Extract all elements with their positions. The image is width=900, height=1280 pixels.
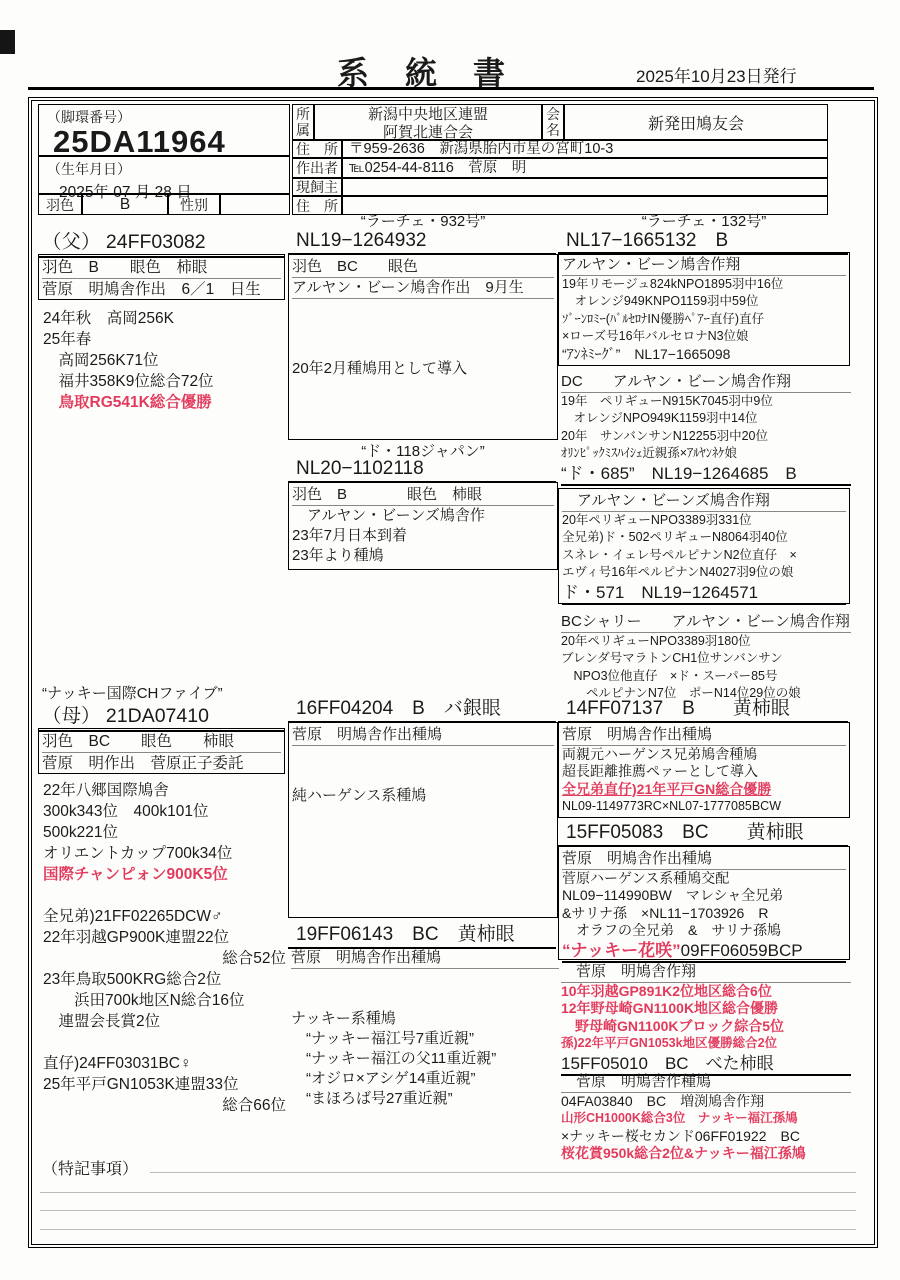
mother-dam-section: 菅原 明鳩舎作出種鳩 ナッキー系種鳩 “ナッキー福江号7重近親” “ナッキー福江… xyxy=(290,948,559,1109)
birth-date-label: （生年月日） xyxy=(39,157,289,179)
text-line: エヴィ号16年ペルピナンN4027羽9位の娘 xyxy=(562,564,846,582)
text-line: オレンジNPO949K1159羽中14位 xyxy=(561,410,851,428)
mother-sire-ring: 16FF04204 B バ銀眼 xyxy=(288,698,556,723)
text-line xyxy=(292,766,554,786)
text-line: 22年八郷国際鳩舎 xyxy=(43,780,286,801)
text-line: 20年2月種鳩用として導入 xyxy=(292,359,554,379)
text-line: 24年秋 高岡256K xyxy=(43,308,286,329)
notes-rule xyxy=(40,1229,856,1230)
breeder-label: 作出者 xyxy=(292,158,342,178)
text-line: 25年平戸GN1053K連盟33位 xyxy=(43,1074,286,1095)
text-line xyxy=(43,885,286,906)
text-line: オレンジ949KNPO1159羽中59位 xyxy=(562,293,846,311)
text-line: 23年7月日本到着 xyxy=(292,526,554,546)
father-sire-title: “ラーチェ・932号” xyxy=(288,210,558,231)
mother-sire-box: 菅原 明鳩舎作出種鳩 純ハーゲンス系種鳩 xyxy=(288,722,558,918)
text-line: 500k221位 xyxy=(43,822,286,843)
notes-rule xyxy=(40,1192,856,1193)
owner-value xyxy=(342,178,828,196)
text-line: DC アルヤン・ビーン鳩舎作翔 xyxy=(561,372,851,393)
text-line: 福井358K9位総合72位 xyxy=(43,371,286,392)
text-line: 22年羽越GP900K連盟22位 xyxy=(43,927,286,948)
text-line: 総合52位 xyxy=(43,948,286,969)
text-line: 羽色 BC 眼色 xyxy=(292,257,554,278)
text-line: 菅原 明鳩舎作翔 xyxy=(561,962,851,983)
text-line: 全兄弟)ド・502ペリギューN8064羽40位 xyxy=(562,529,846,547)
text-line: 19年 ペリギューN915K7045羽中9位 xyxy=(561,393,851,411)
text-line: 野母崎GN1100Kブロック綜合5位 xyxy=(561,1018,851,1036)
text-line: 高岡256K71位 xyxy=(43,350,286,371)
gp2-section: DC アルヤン・ビーン鳩舎作翔19年 ペリギューN915K7045羽中9位 オレ… xyxy=(560,372,851,486)
text-line: 孫)22年平戸GN1053k地区優勝総合2位 xyxy=(561,1035,851,1053)
text-line: 連盟会長賞2位 xyxy=(43,1011,286,1032)
text-line: 10年羽越GP891K2位地区総合6位 xyxy=(561,983,851,1001)
text-line: アルヤン・ビーンズ鳩舎作翔 xyxy=(562,491,846,512)
text-line: 羽色 B 眼色 柿眼 xyxy=(292,485,554,506)
text-line: 菅原ハーゲンス系種鳩交配 xyxy=(562,870,846,888)
text-line: アルヤン・ビーン鳩舎作翔 xyxy=(562,255,846,276)
text-line: 羽色 B 眼色 柿眼 xyxy=(42,257,281,279)
text-line: 25年春 xyxy=(43,329,286,350)
text-line: ×ナッキー桜セカンド06FF01922 BC xyxy=(561,1128,851,1146)
birth-date-cell: （生年月日） 2025年 07 月 28 日 xyxy=(38,156,290,194)
owner-label: 現飼主 xyxy=(292,178,342,196)
gp5-box: 菅原 明鳩舎作出種鳩両親元ハーゲンス兄弟鳩舎種鳩超長距離推薦ペァーとして導入全兄… xyxy=(558,722,850,818)
text-line: “オジロ×アシゲ14重近親” xyxy=(291,1069,559,1089)
address-value: 〒959-2636 新潟県胎内市星の宮町10-3 xyxy=(342,140,828,158)
father-info-box: 羽色 B 眼色 柿眼菅原 明鳩舎作出 6／1 日生 xyxy=(38,254,285,300)
gp5-ring: 14FF07137 B 黄柿眼 xyxy=(558,698,848,723)
text-line: ブレンダ号マラトンCH1位サンバンサン xyxy=(561,650,851,668)
gp8-section: 菅原 明鳩舎作種鳩04FA03840 BC 増渕鳩舎作翔山形CH1000K総合3… xyxy=(560,1072,851,1163)
breeder-text: ℡0254-44-8116 菅原 明 xyxy=(343,159,827,178)
text-line: 19年リモージュ824kNPO1895羽中16位 xyxy=(562,276,846,294)
text-line: 国際チャンピォン900K5位 xyxy=(43,864,286,885)
text-line: ×ローズ号16年バルセロナN3位娘 xyxy=(562,328,846,346)
text-line xyxy=(292,299,554,319)
gp1-box: アルヤン・ビーン鳩舎作翔19年リモージュ824kNPO1895羽中16位 オレン… xyxy=(558,252,850,366)
father-dam-box: 羽色 B 眼色 柿眼 アルヤン・ビーンズ鳩舎作23年7月日本到着23年より種鳩 xyxy=(288,482,558,570)
father-dam-ring: NL20−1102118 xyxy=(288,458,556,483)
text-line: 20年ペリギューNPO3389羽331位 xyxy=(562,512,846,530)
affiliation-label: 所属 xyxy=(292,104,314,140)
affiliation-value: 新潟中央地区連盟 阿賀北連合会 xyxy=(314,104,542,140)
gp6-ring: 15FF05083 BC 黄柿眼 xyxy=(558,822,848,847)
address-label: 住 所 xyxy=(292,140,342,158)
text-line: “ナッキー福江の父11重近親” xyxy=(291,1049,559,1069)
gp7-section: 菅原 明鳩舎作翔10年羽越GP891K2位地区総合6位12年野母崎GN1100K… xyxy=(560,962,851,1076)
text-line: 20年ペリギューNPO3389羽180位 xyxy=(561,633,851,651)
text-line: 菅原 明作出 菅原正子委託 xyxy=(42,753,281,774)
address-text: 〒959-2636 新潟県胎内市星の宮町10-3 xyxy=(343,141,827,158)
text-line xyxy=(292,746,554,766)
feather-color-label: 羽色 xyxy=(38,194,82,215)
text-line: 菅原 明鳩舎作出 6／1 日生 xyxy=(42,279,281,300)
text-line: 総合66位 xyxy=(43,1095,286,1116)
mother-dam-ring: 19FF06143 BC 黄柿眼 xyxy=(288,924,556,949)
text-line: “ド・685” NL19−1264685 B xyxy=(561,463,851,486)
text-line: 両親元ハーゲンス兄弟鳩舎種鳩 xyxy=(562,746,846,764)
text-line: 山形CH1000K総合3位 ナッキー福江孫鳩 xyxy=(561,1110,851,1128)
text-line: 菅原 明鳩舎作種鳩 xyxy=(561,1072,851,1093)
father-results: 24年秋 高岡256K25年春 高岡256K71位 福井358K9位総合72位 … xyxy=(42,308,286,413)
title-rule xyxy=(28,87,874,90)
text-line: アルヤン・ビーンズ鳩舎作 xyxy=(292,506,554,526)
text-segment: “ナッキー花咲” xyxy=(562,941,681,960)
gp4-section: BCシャリー アルヤン・ビーン鳩舎作翔20年ペリギューNPO3389羽180位ブ… xyxy=(560,612,851,703)
text-line: 浜田700k地区N総合16位 xyxy=(43,990,286,1011)
text-line: ド・571 NL19−1264571 xyxy=(562,582,846,605)
scan-artifact xyxy=(0,30,15,54)
sex-label: 性別 xyxy=(168,194,220,215)
breeder-value: ℡0254-44-8116 菅原 明 xyxy=(342,158,828,178)
text-line: 300k343位 400k101位 xyxy=(43,801,286,822)
text-line: 全兄弟直仔)21年平戸GN総合優勝 xyxy=(562,781,846,799)
text-line: BCシャリー アルヤン・ビーン鳩舎作翔 xyxy=(561,612,851,633)
text-line: アルヤン・ビーン鳩舎作出 9月生 xyxy=(292,278,554,299)
text-line xyxy=(291,969,559,989)
mother-info-box: 羽色 BC 眼色 柿眼菅原 明作出 菅原正子委託 xyxy=(38,728,285,774)
text-line: オラフの全兄弟 & サリナ孫鳩 xyxy=(562,922,846,940)
text-line: 04FA03840 BC 増渕鳩舎作翔 xyxy=(561,1093,851,1111)
father-sire-ring: NL19−1264932 xyxy=(288,230,556,255)
text-line: ｿﾞｰﾝﾛﾐｰ(ﾊﾞﾙｾﾛﾅIN優勝ﾍﾟｱｰ直仔)直仔 xyxy=(562,311,846,329)
text-line: スネレ・イェレ号ペルピナンN2位直仔 × xyxy=(562,547,846,565)
club-value: 新発田鳩友会 xyxy=(564,104,828,140)
text-line: “ｱﾝﾈﾐｰｸﾞ” NL17−1665098 xyxy=(562,346,846,364)
text-line: 超長距離推薦ペァーとして導入 xyxy=(562,763,846,781)
feather-color-value: B xyxy=(82,194,168,215)
gp1-title: “ラーチェ・132号” xyxy=(558,210,850,231)
text-line: 羽色 BC 眼色 柿眼 xyxy=(42,731,281,753)
text-line xyxy=(292,319,554,339)
text-line: NL09−114990BW マレシャ全兄弟 xyxy=(562,887,846,905)
text-segment: 09FF06059BCP xyxy=(681,941,803,960)
sex-value xyxy=(220,194,290,215)
text-line: 鳥取RG541K総合優勝 xyxy=(43,392,286,413)
text-line: NL09-1149773RC×NL07-1777085BCW xyxy=(562,798,846,816)
text-line: ｵﾘﾝﾋﾟｯｸﾐｽﾊｲｼｪ近親孫×ｱﾙﾔﾝﾈｹ娘 xyxy=(561,445,851,463)
text-line: “ナッキー福江号7重近親” xyxy=(291,1029,559,1049)
text-line: 菅原 明鳩舎作出種鳩 xyxy=(562,849,846,870)
text-line: 菅原 明鳩舎作出種鳩 xyxy=(562,725,846,746)
text-line xyxy=(292,339,554,359)
text-line: 菅原 明鳩舎作出種鳩 xyxy=(292,725,554,746)
pedigree-certificate: 系 統 書 2025年10月23日発行 （脚環番号） 25DA11964 （生年… xyxy=(0,0,900,1280)
notes-rule xyxy=(150,1172,856,1173)
text-line: 23年より種鳩 xyxy=(292,546,554,566)
notes-rule xyxy=(40,1210,856,1211)
affiliation-line1: 新潟中央地区連盟 xyxy=(315,105,541,124)
text-line xyxy=(43,1032,286,1053)
text-line: NPO3位他直仔 ×ド・スーパー85号 xyxy=(561,668,851,686)
text-line: 直仔)24FF03031BC♀ xyxy=(43,1053,286,1074)
text-line: 20年 サンバンサンN12255羽中20位 xyxy=(561,428,851,446)
notes-label: （特記事項） xyxy=(42,1156,138,1179)
text-line: オリエントカップ700k34位 xyxy=(43,843,286,864)
club-label: 会名 xyxy=(542,104,564,140)
mother-results: 22年八郷国際鳩舎300k343位 400k101位500k221位オリエントカ… xyxy=(42,780,286,1116)
text-line: &サリナ孫 ×NL11−1703926 R xyxy=(562,905,846,923)
text-line: 桜花賞950k総合2位&ナッキー福江孫鳩 xyxy=(561,1145,851,1163)
text-line: “ナッキー花咲”09FF06059BCP xyxy=(562,940,846,963)
text-line xyxy=(291,989,559,1009)
text-line: ナッキー系種鳩 xyxy=(291,1009,559,1029)
issue-date: 2025年10月23日発行 xyxy=(636,62,797,87)
father-sire-box: 羽色 BC 眼色アルヤン・ビーン鳩舎作出 9月生 20年2月種鳩用として導入 xyxy=(288,254,558,440)
text-line: 23年鳥取500KRG総合2位 xyxy=(43,969,286,990)
text-line: 純ハーゲンス系種鳩 xyxy=(292,786,554,806)
gp3-box: アルヤン・ビーンズ鳩舎作翔20年ペリギューNPO3389羽331位全兄弟)ド・5… xyxy=(558,488,850,604)
text-line: 全兄弟)21FF02265DCW♂ xyxy=(43,906,286,927)
ring-number-value: 25DA11964 xyxy=(39,127,289,157)
gp6-box: 菅原 明鳩舎作出種鳩菅原ハーゲンス系種鳩交配NL09−114990BW マレシャ… xyxy=(558,846,850,960)
text-line: 12年野母崎GN1100K地区総合優勝 xyxy=(561,1000,851,1018)
text-line: 菅原 明鳩舎作出種鳩 xyxy=(291,948,559,969)
text-line: “まほろば号27重近親” xyxy=(291,1089,559,1109)
ring-number-cell: （脚環番号） 25DA11964 xyxy=(38,104,290,156)
